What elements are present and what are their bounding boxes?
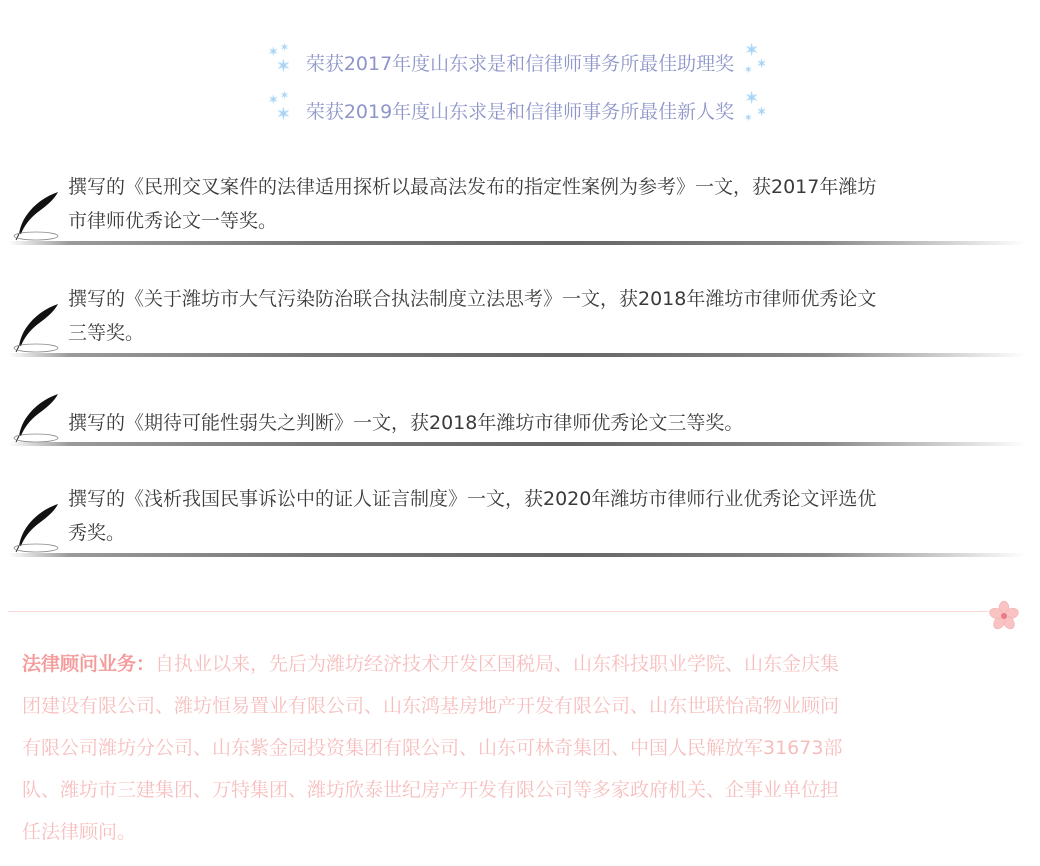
honor-text: 荣获2017年度山东求是和信律师事务所最佳助理奖 [306,49,734,76]
divider-rule [8,353,1026,357]
counsel-line: 团建设有限公司、潍坊恒易置业有限公司、山东鸿基房地产开发有限公司、山东世联怡高物… [22,685,1002,727]
paper-line: 撰写的《浅析我国民事诉讼中的证人证言制度》一文，获2020年潍坊市律师行业优秀论… [68,482,1022,516]
divider-rule [8,241,1026,245]
counsel-line: 任法律顾问。 [22,811,1002,853]
quill-pen-icon [6,392,62,444]
stars-icon: ✶ ✶ ✶ [740,44,774,80]
honor-line: ✶ ✶ ✶ 荣获2017年度山东求是和信律师事务所最佳助理奖 ✶ ✶ ✶ [0,44,1040,85]
counsel-line: 法律顾问业务：自执业以来，先后为潍坊经济技术开发区国税局、山东科技职业学院、山东… [22,643,1002,685]
honor-line: ✶ ✶ ✶ 荣获2019年度山东求是和信律师事务所最佳新人奖 ✶ ✶ ✶ [0,92,1040,133]
quill-pen-icon [6,502,62,554]
counsel-text: 自执业以来，先后为潍坊经济技术开发区国税局、山东科技职业学院、山东金庆集 [155,653,839,675]
paper-line: 三等奖。 [68,316,1022,350]
stars-icon: ✶ ✶ ✶ [266,92,300,128]
paper-line: 秀奖。 [68,516,1022,550]
paper-line: 撰写的《民刑交叉案件的法律适用探析以最高法发布的指定性案例为参考》一文，获201… [68,170,1022,204]
honor-text: 荣获2019年度山东求是和信律师事务所最佳新人奖 [306,97,734,124]
cherry-blossom-icon [988,600,1020,632]
paper-line: 市律师优秀论文一等奖。 [68,204,1022,238]
counsel-line: 队、潍坊市三建集团、万特集团、潍坊欣泰世纪房产开发有限公司等多家政府机关、企事业… [22,769,1002,811]
paper-entry: 撰写的《期待可能性弱失之判断》一文，获2018年潍坊市律师优秀论文三等奖。 [0,392,1040,452]
stars-icon: ✶ ✶ ✶ [266,44,300,80]
paper-text: 撰写的《关于潍坊市大气污染防治联合执法制度立法思考》一文，获2018年潍坊市律师… [68,282,1022,350]
section-divider [8,611,988,612]
counsel-label: 法律顾问业务： [22,653,155,675]
paper-entry: 撰写的《民刑交叉案件的法律适用探析以最高法发布的指定性案例为参考》一文，获201… [0,170,1040,250]
quill-pen-icon [6,302,62,354]
divider-rule [8,553,1026,557]
legal-counsel-section: 法律顾问业务：自执业以来，先后为潍坊经济技术开发区国税局、山东科技职业学院、山东… [22,643,1002,853]
paper-line: 撰写的《关于潍坊市大气污染防治联合执法制度立法思考》一文，获2018年潍坊市律师… [68,282,1022,316]
divider-rule [8,442,1026,446]
paper-line: 撰写的《期待可能性弱失之判断》一文，获2018年潍坊市律师优秀论文三等奖。 [68,406,1022,440]
paper-entry: 撰写的《浅析我国民事诉讼中的证人证言制度》一文，获2020年潍坊市律师行业优秀论… [0,482,1040,562]
paper-text: 撰写的《浅析我国民事诉讼中的证人证言制度》一文，获2020年潍坊市律师行业优秀论… [68,482,1022,550]
paper-text: 撰写的《期待可能性弱失之判断》一文，获2018年潍坊市律师优秀论文三等奖。 [68,406,1022,440]
counsel-line: 有限公司潍坊分公司、山东紫金园投资集团有限公司、山东可林奇集团、中国人民解放军3… [22,727,1002,769]
paper-text: 撰写的《民刑交叉案件的法律适用探析以最高法发布的指定性案例为参考》一文，获201… [68,170,1022,238]
stars-icon: ✶ ✶ ✶ [740,92,774,128]
paper-entry: 撰写的《关于潍坊市大气污染防治联合执法制度立法思考》一文，获2018年潍坊市律师… [0,282,1040,362]
quill-pen-icon [6,190,62,242]
